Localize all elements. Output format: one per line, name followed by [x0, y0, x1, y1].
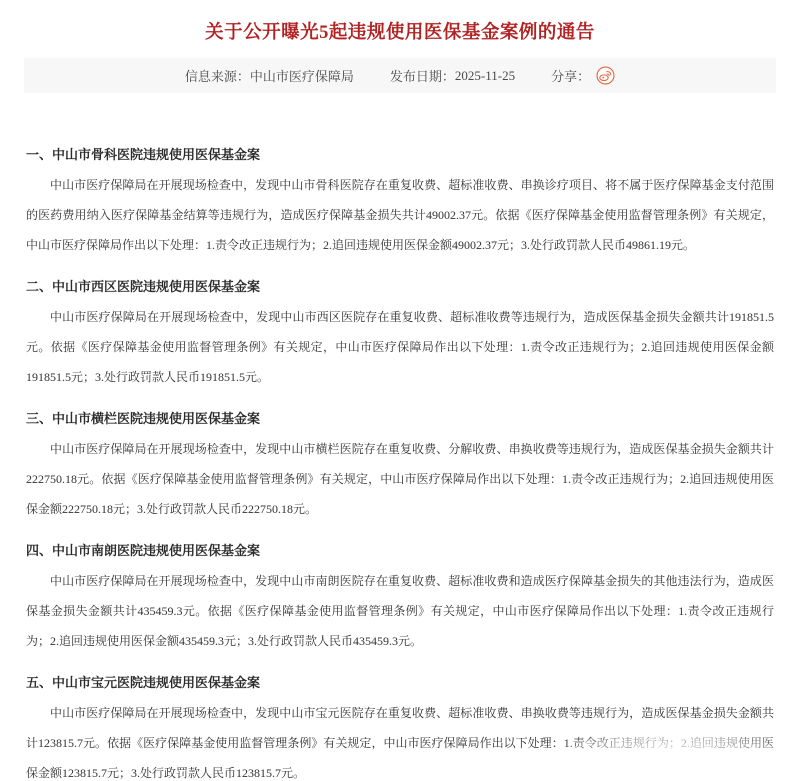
notice-body: 一、中山市骨科医院违规使用医保基金案 中山市医疗保障局在开展现场检查中，发现中山…: [26, 93, 774, 781]
share-row: 分享：: [551, 66, 615, 85]
case-section-3: 三、中山市横栏医院违规使用医保基金案 中山市医疗保障局在开展现场检查中，发现中山…: [26, 404, 774, 524]
case-heading: 四、中山市南朗医院违规使用医保基金案: [26, 536, 774, 566]
weibo-icon: [596, 66, 615, 85]
weibo-share-button[interactable]: [596, 66, 615, 85]
info-source-value: 中山市医疗保障局: [250, 66, 354, 85]
case-heading: 二、中山市西区医院违规使用医保基金案: [26, 272, 774, 302]
case-section-5: 五、中山市宝元医院违规使用医保基金案 中山市医疗保障局在开展现场检查中，发现中山…: [26, 668, 774, 781]
case-section-1: 一、中山市骨科医院违规使用医保基金案 中山市医疗保障局在开展现场检查中，发现中山…: [26, 140, 774, 260]
case-paragraph: 中山市医疗保障局在开展现场检查中，发现中山市南朗医院存在重复收费、超标准收费和造…: [26, 566, 774, 656]
publish-date-label: 发布日期：: [390, 66, 455, 85]
case-section-2: 二、中山市西区医院违规使用医保基金案 中山市医疗保障局在开展现场检查中，发现中山…: [26, 272, 774, 392]
info-source-label: 信息来源：: [185, 66, 250, 85]
meta-bar: 信息来源： 中山市医疗保障局 发布日期： 2025-11-25 分享：: [24, 58, 776, 93]
case-heading: 五、中山市宝元医院违规使用医保基金案: [26, 668, 774, 698]
case-paragraph: 中山市医疗保障局在开展现场检查中，发现中山市宝元医院存在重复收费、超标准收费、串…: [26, 698, 774, 781]
case-section-4: 四、中山市南朗医院违规使用医保基金案 中山市医疗保障局在开展现场检查中，发现中山…: [26, 536, 774, 656]
case-heading: 一、中山市骨科医院违规使用医保基金案: [26, 140, 774, 170]
info-source: 信息来源： 中山市医疗保障局: [185, 66, 354, 85]
share-label: 分享：: [551, 66, 590, 85]
publish-date: 发布日期： 2025-11-25: [390, 66, 515, 85]
publish-date-value: 2025-11-25: [455, 68, 515, 84]
case-paragraph: 中山市医疗保障局在开展现场检查中，发现中山市骨科医院存在重复收费、超标准收费、串…: [26, 170, 774, 260]
case-paragraph: 中山市医疗保障局在开展现场检查中，发现中山市横栏医院存在重复收费、分解收费、串换…: [26, 434, 774, 524]
case-heading: 三、中山市横栏医院违规使用医保基金案: [26, 404, 774, 434]
case-paragraph: 中山市医疗保障局在开展现场检查中，发现中山市西区医院存在重复收费、超标准收费等违…: [26, 302, 774, 392]
page-title: 关于公开曝光5起违规使用医保基金案例的通告: [40, 20, 760, 46]
